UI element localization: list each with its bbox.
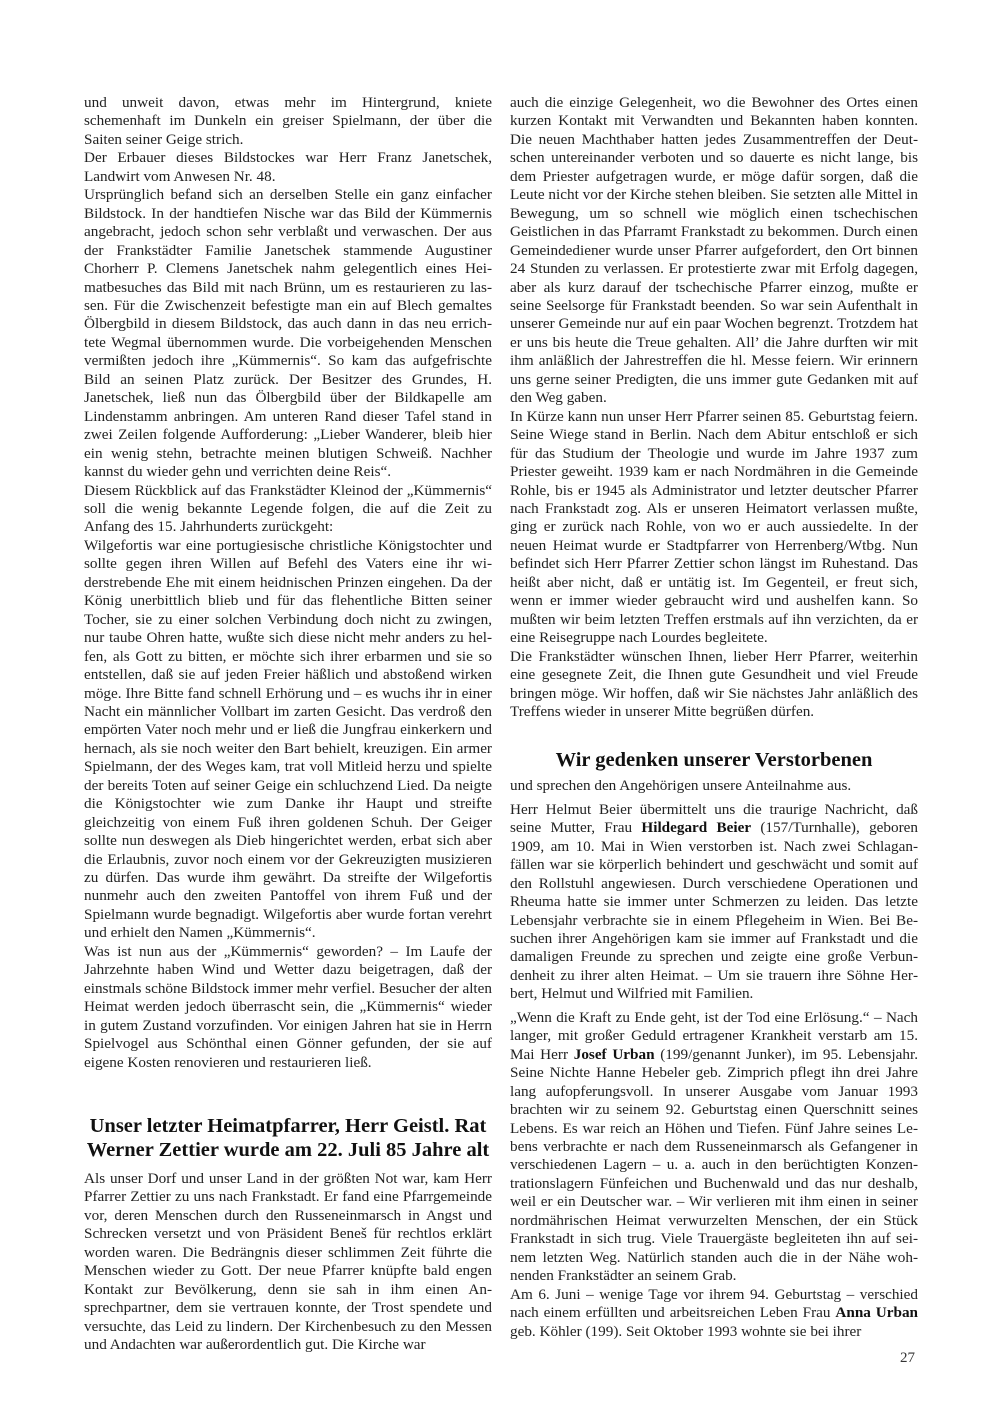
document-page: und unweit davon, etwas mehr im Hintergr… — [0, 0, 1000, 1412]
paragraph-spielmann: und unweit davon, etwas mehr im Hintergr… — [84, 94, 492, 149]
headline-line-2: Werner Zettier wurde am 22. Juli 85 Jahr… — [87, 1139, 490, 1161]
paragraph-wuensche: Die Frankstädter wünschen Ihnen, lieber … — [510, 648, 918, 722]
paragraph-urspruenglich: Ursprünglich befand sich an derselben St… — [84, 186, 492, 481]
paragraph-als-unser-dorf: Als unser Dorf und unser Land in der grö… — [84, 1170, 492, 1355]
article-headline-heimatpfarrer: Unser letzter Heimatpfarrer, Herr Geistl… — [84, 1114, 492, 1162]
deceased-name: Josef Urban — [574, 1046, 655, 1063]
obituary-text: (157/Turnhalle), geboren 1909, am 10. Ma… — [510, 819, 918, 1002]
paragraph-anteilnahme: und sprechen den Angehörigen unsere Ante… — [510, 777, 918, 795]
paragraph-rueckblick: Diesem Rückblick auf das Frankstädter Kl… — [84, 482, 492, 537]
paragraph-in-kuerze: In Kürze kann nun unser Herr Pfarrer sei… — [510, 408, 918, 648]
paragraph-erbauer: Der Erbauer dieses Bildstockes war Herr … — [84, 149, 492, 186]
paragraph-einzige-gelegenheit: auch die einzige Gelegenheit, wo die Bew… — [510, 94, 918, 408]
obituary-hildegard-beier: Herr Helmut Beier übermittelt uns die tr… — [510, 801, 918, 1004]
paragraph-legende: Wilgefortis war eine portugiesische chri… — [84, 537, 492, 943]
deceased-name: Hildegard Beier — [641, 819, 751, 836]
obituary-text: geb. Köhler (199). Seit Oktober 1993 woh… — [510, 1323, 861, 1340]
page-number: 27 — [900, 1350, 915, 1367]
paragraph-was-ist-nun: Was ist nun aus der „Kümmernis“ geworden… — [84, 943, 492, 1072]
article-headline-verstorbene: Wir gedenken unserer Verstorbenen — [510, 748, 918, 772]
left-column: und unweit davon, etwas mehr im Hintergr… — [84, 94, 492, 1355]
obituary-josef-urban: „Wenn die Kraft zu Ende geht, ist der To… — [510, 1009, 918, 1286]
obituary-anna-urban: Am 6. Juni – wenige Tage vor ihrem 94. G… — [510, 1286, 918, 1341]
headline-line-1: Unser letzter Heimatpfarrer, Herr Geistl… — [90, 1115, 487, 1137]
obituary-text: (199/genannt Junker), im 95. Lebensjahr.… — [510, 1046, 918, 1284]
deceased-name: Anna Ur­ban — [835, 1304, 918, 1321]
right-column: auch die einzige Gelegenheit, wo die Bew… — [510, 94, 918, 1341]
